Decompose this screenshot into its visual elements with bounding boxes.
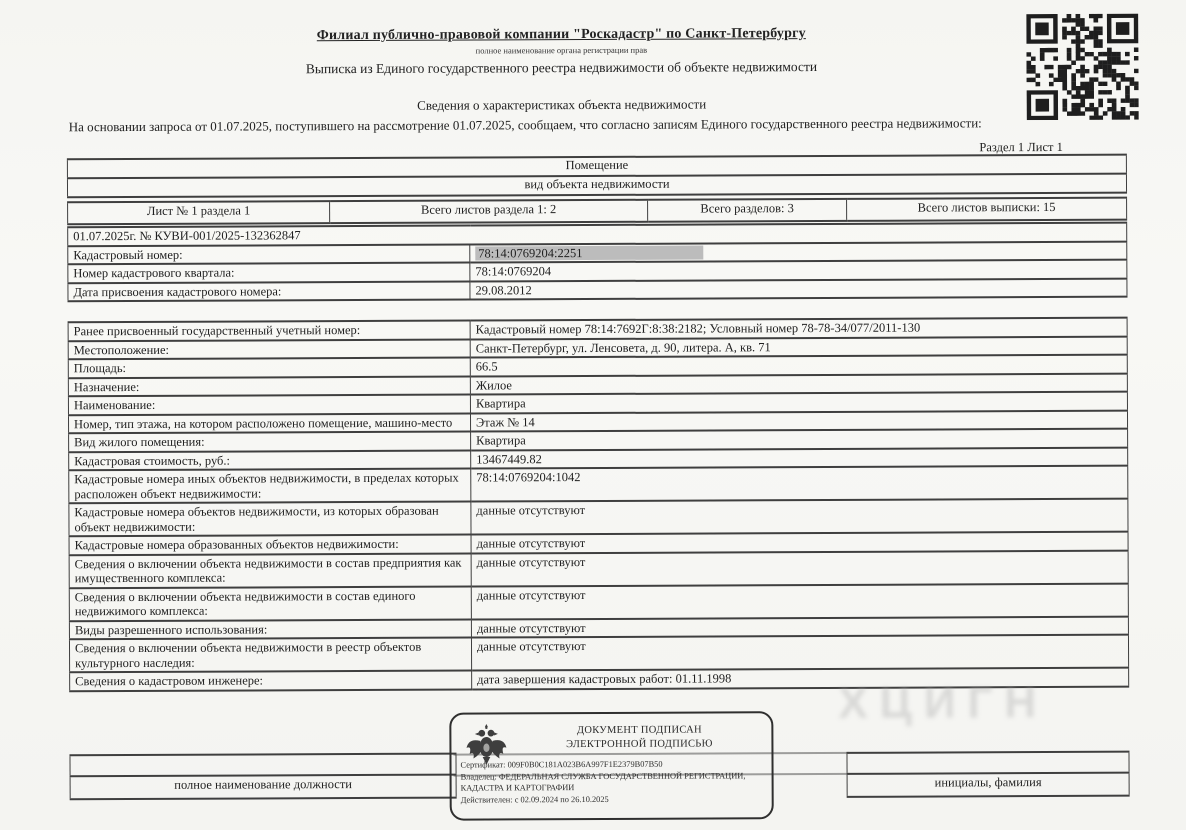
table-row: Сведения о включении объекта недвижимост… [69,583,1128,621]
row-label: Сведения о включении объекта недвижимост… [69,638,471,673]
row-value: данные отсутствуют [471,550,1128,586]
row-label: Назначение: [68,376,470,396]
qr-code-icon [1026,14,1138,120]
table-row [70,754,456,777]
digital-signature-stamp: ДОКУМЕНТ ПОДПИСАН ЭЛЕКТРОННОЙ ПОДПИСЬЮ С… [449,711,773,820]
row-value: 78:14:0769204:1042 [471,466,1128,502]
coat-of-arms-icon [463,719,509,771]
row-value: 29.08.2012 [470,278,1127,299]
signature-position-caption: полное наименование должности [70,775,456,800]
stamp-owner: Владелец: ФЕДЕРАЛЬНАЯ СЛУЖБА ГОСУДАРСТВЕ… [461,770,763,793]
row-label: Виды разрешенного использования: [69,619,471,639]
object-type-caption: вид объекта недвижимости [67,174,1126,198]
scanned-sheet: Филиал публично-правовой компании "Роска… [0,0,1186,830]
row-label: Наименование: [68,395,470,415]
document-page: Филиал публично-правовой компании "Роска… [0,0,1186,830]
stamp-line1: ДОКУМЕНТ ПОДПИСАН [511,723,767,738]
signature-name-block: инициалы, фамилия [846,751,1129,798]
watermark: ХЦИГН [753,678,1133,730]
row-label: Кадастровая стоимость, руб.: [69,450,471,470]
row-label: Вид жилого помещения: [69,432,471,452]
request-basis-line: На основании запроса от 01.07.2025, пост… [69,115,1129,136]
cadastral-number-highlight: 78:14:0769204:2251 [475,245,703,260]
row-label: Ранее присвоенный государственный учетны… [68,321,470,341]
sheet-info-table: Лист № 1 раздела 1 Всего листов раздела … [67,197,1127,226]
row-label: Кадастровый номер: [68,244,470,264]
document-subtitle: Сведения о характеристиках объекта недви… [0,95,1125,116]
table-row [847,752,1129,774]
row-label: Кадастровые номера объектов недвижимости… [69,502,471,537]
row-label: Местоположение: [68,339,470,359]
characteristics-table: Ранее присвоенный государственный учетны… [68,317,1130,692]
signature-position-field [70,754,456,777]
row-value: данные отсутствуют [471,499,1128,535]
stamp-line2: ЭЛЕКТРОННОЙ ПОДПИСЬЮ [511,737,767,752]
row-label: Сведения о включении объекта недвижимост… [69,586,471,621]
row-label: Номер, тип этажа, на котором расположено… [68,413,470,433]
table-row: Лист № 1 раздела 1 Всего листов раздела … [68,198,1127,225]
signature-name-caption: инициалы, фамилия [847,773,1129,797]
table-row: вид объекта недвижимости [67,174,1126,198]
row-label: Дата присвоения кадастрового номера: [68,281,470,301]
org-name-caption: полное наименование органа регистрации п… [0,43,1124,58]
row-value: данные отсутствуют [471,635,1128,671]
signature-name-field [847,752,1129,774]
document-title: Выписка из Единого государственного реес… [0,58,1125,79]
table-row: Кадастровые номера объектов недвижимости… [69,499,1128,537]
row-label: Номер кадастрового квартала: [68,263,470,283]
sheet-info-cell: Всего листов раздела 1: 2 [330,200,648,223]
object-type-table: Помещение вид объекта недвижимости [67,154,1127,199]
row-label: Сведения о кадастровом инженере: [70,671,472,691]
table-row: Дата присвоения кадастрового номера: 29.… [68,278,1127,301]
stamp-validity: Действителен: с 02.09.2024 по 26.10.2025 [461,793,763,805]
row-value: данные отсутствуют [471,583,1128,619]
table-row: Сведения о включении объекта недвижимост… [69,550,1128,588]
sheet-info-cell: Всего разделов: 3 [648,199,847,222]
sheet-info-cell: Всего листов выписки: 15 [847,198,1127,221]
row-label: Кадастровые номера иных объектов недвижи… [69,469,471,504]
stamp-title: ДОКУМЕНТ ПОДПИСАН ЭЛЕКТРОННОЙ ПОДПИСЬЮ [511,723,767,752]
table-row: Сведения о включении объекта недвижимост… [69,635,1128,673]
table-row: Кадастровые номера иных объектов недвижи… [69,466,1128,504]
signature-position-block: полное наименование должности [69,753,456,801]
table-row: инициалы, фамилия [847,773,1129,797]
cadastral-id-table: 01.07.2025г. № КУВИ-001/2025-132362847 К… [67,222,1127,303]
table-row: полное наименование должности [70,775,456,800]
row-label: Сведения о включении объекта недвижимост… [69,553,471,588]
row-label: Кадастровые номера образованных объектов… [69,535,471,555]
row-label: Площадь: [68,358,470,378]
sheet-info-cell: Лист № 1 раздела 1 [68,201,330,224]
